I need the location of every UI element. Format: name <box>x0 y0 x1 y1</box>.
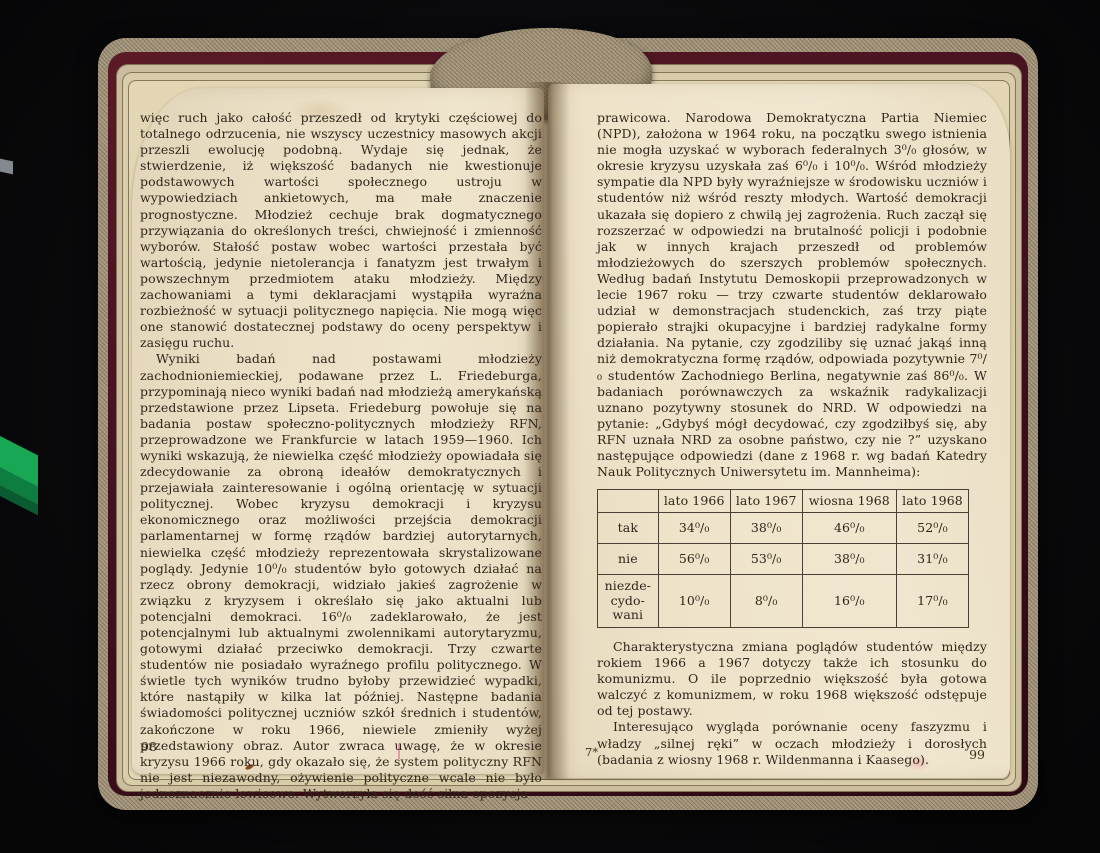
table-cell: 46⁰/₀ <box>802 513 896 544</box>
signature-mark: 7* <box>585 745 598 759</box>
table-cell: 52⁰/₀ <box>896 513 968 544</box>
page-number-right: 99 <box>935 747 985 762</box>
paper-sliver <box>0 159 13 175</box>
table-cell: 38⁰/₀ <box>730 513 802 544</box>
table-header-cell: lato 1967 <box>730 490 802 513</box>
table-cell: 31⁰/₀ <box>896 544 968 575</box>
survey-table-wrap: lato 1966 lato 1967 wiosna 1968 lato 196… <box>597 489 987 628</box>
table-row: niezde- cydo- wani 10⁰/₀ 8⁰/₀ 16⁰/₀ 17⁰/… <box>598 575 969 628</box>
table-header-cell: wiosna 1968 <box>802 490 896 513</box>
table-row: tak 34⁰/₀ 38⁰/₀ 46⁰/₀ 52⁰/₀ <box>598 513 969 544</box>
book-photo: więc ruch jako całość przeszedł od kryty… <box>0 0 1100 853</box>
row-label: niezde- cydo- wani <box>598 575 659 628</box>
row-label: nie <box>598 544 659 575</box>
table-header-row: lato 1966 lato 1967 wiosna 1968 lato 196… <box>598 490 969 513</box>
right-page-text: prawicowa. Narodowa Demokratyczna Partia… <box>597 110 987 768</box>
table-header-cell: lato 1968 <box>896 490 968 513</box>
table-cell: 34⁰/₀ <box>658 513 730 544</box>
table-header-cell: lato 1966 <box>658 490 730 513</box>
paragraph: Interesująco wygląda porównanie oceny fa… <box>597 719 987 767</box>
table-cell: 56⁰/₀ <box>658 544 730 575</box>
survey-table: lato 1966 lato 1967 wiosna 1968 lato 196… <box>597 489 969 628</box>
row-label: tak <box>598 513 659 544</box>
table-cell: 38⁰/₀ <box>802 544 896 575</box>
page-number-left: 98 <box>141 739 157 754</box>
paragraph: prawicowa. Narodowa Demokratyczna Partia… <box>597 110 987 480</box>
table-header-cell <box>598 490 659 513</box>
left-page-text: więc ruch jako całość przeszedł od kryty… <box>140 110 542 802</box>
paragraph: Wyniki badań nad postawami młodzieży zac… <box>140 351 542 802</box>
table-cell: 8⁰/₀ <box>730 575 802 628</box>
paragraph: Charakterystyczna zmiana poglądów studen… <box>597 639 987 719</box>
table-cell: 10⁰/₀ <box>658 575 730 628</box>
table-cell: 53⁰/₀ <box>730 544 802 575</box>
table-cell: 17⁰/₀ <box>896 575 968 628</box>
paragraph: więc ruch jako całość przeszedł od kryty… <box>140 110 542 351</box>
table-row: nie 56⁰/₀ 53⁰/₀ 38⁰/₀ 31⁰/₀ <box>598 544 969 575</box>
green-ribbon-bookmark <box>0 434 38 515</box>
table-cell: 16⁰/₀ <box>802 575 896 628</box>
